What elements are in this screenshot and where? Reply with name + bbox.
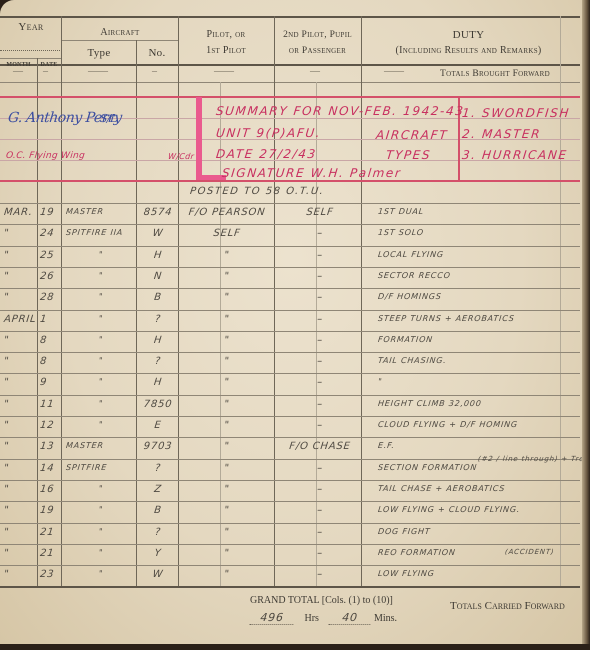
cell-month: APRIL — [3, 314, 36, 325]
cell-duty: 1ST SOLO — [378, 228, 425, 237]
row-rule — [0, 310, 580, 311]
cell-type: " — [66, 569, 137, 578]
cell-pilot: " — [181, 548, 272, 559]
cell-pilot: " — [181, 399, 272, 410]
cell-type: " — [66, 505, 137, 514]
cell-second: – — [279, 250, 360, 261]
cell-second: – — [279, 420, 360, 431]
cell-month: " — [3, 484, 10, 495]
row-rule — [0, 203, 580, 204]
cell-pilot: " — [181, 377, 272, 388]
cell-date: 9 — [39, 377, 47, 388]
cell-pilot: " — [181, 441, 272, 452]
cell-month: " — [3, 420, 10, 431]
cell-type: " — [66, 356, 137, 365]
year-dotted-rule — [0, 50, 62, 52]
cell-month: " — [3, 505, 10, 516]
row-rule — [0, 395, 580, 396]
cell-date: 21 — [39, 548, 54, 559]
cell-pilot: " — [181, 314, 272, 325]
cell-duty: E.F. — [378, 441, 396, 450]
cell-month: " — [3, 399, 10, 410]
second-pilot-header-1: 2nd Pilot, Pupil — [274, 28, 361, 42]
oc-rank-2: W/Cdr — [168, 152, 195, 161]
cell-no: E — [139, 420, 176, 431]
cell-type: " — [66, 399, 137, 408]
cell-date: 1 — [39, 314, 47, 325]
cell-month: " — [3, 250, 10, 261]
cell-pilot: F/O PEARSON — [181, 207, 272, 218]
cell-duty: LOW FLYING — [378, 569, 436, 578]
cell-month: " — [3, 527, 10, 538]
cell-second: – — [279, 314, 360, 325]
cell-date: 14 — [39, 463, 54, 474]
cell-duty: D/F HOMINGS — [378, 292, 443, 301]
cell-second: – — [279, 228, 360, 239]
table-bottom-rule — [0, 586, 580, 588]
cell-no: B — [139, 505, 176, 516]
cell-second: SELF — [279, 207, 360, 218]
row-rule — [0, 523, 580, 524]
grand-total-hours: 496 — [249, 611, 294, 625]
cell-type: " — [66, 377, 137, 386]
cell-duty: DOG FIGHT — [378, 527, 431, 536]
cell-date: 13 — [39, 441, 54, 452]
aircraft-header: Aircraft — [62, 26, 178, 40]
totals-carried-forward: Totals Carried Forward — [450, 600, 565, 612]
col-sep-month-date — [37, 58, 38, 586]
cell-second: F/O CHASE — [279, 441, 360, 452]
cell-duty: TAIL CHASING. — [378, 356, 448, 365]
summary-type-1: 1. SWORDFISH — [461, 106, 571, 120]
cell-duty: HEIGHT CLIMB 32,000 — [378, 399, 483, 408]
cell-duty: LOW FLYING + CLOUD FLYING. — [378, 505, 521, 514]
row-rule — [0, 565, 580, 566]
totals-brought-forward: Totals Brought Forward — [420, 67, 570, 81]
cell-second: – — [279, 377, 360, 388]
summary-line-1: SUMMARY FOR NOV-FEB. 1942-43 — [215, 104, 465, 118]
cell-no: H — [139, 250, 176, 261]
cell-date: 25 — [39, 250, 54, 261]
cell-no: H — [139, 335, 176, 346]
pilot-header-1: Pilot, or — [178, 28, 274, 42]
cell-type: " — [66, 292, 137, 301]
row-rule — [0, 544, 580, 545]
summary-aircraft-label: AIRCRAFT — [375, 128, 449, 142]
cell-second: – — [279, 463, 360, 474]
cell-no: Z — [139, 484, 176, 495]
cell-type: SPITFIRE IIA — [66, 228, 124, 237]
cell-no: 8574 — [139, 207, 176, 218]
cell-pilot: " — [181, 335, 272, 346]
cell-no: ? — [139, 314, 176, 325]
cell-second: – — [279, 399, 360, 410]
cell-date: 19 — [39, 207, 54, 218]
cell-pilot: SELF — [181, 228, 272, 239]
cell-pilot: " — [181, 484, 272, 495]
cell-month: " — [3, 228, 10, 239]
dash: — — [13, 66, 23, 77]
cell-type: MASTER — [66, 207, 105, 216]
cell-type: " — [66, 314, 137, 323]
cell-duty: CLOUD FLYING + D/F HOMING — [378, 420, 519, 429]
page-bottom-edge — [0, 644, 590, 650]
row-rule — [0, 288, 580, 289]
cell-date: 21 — [39, 527, 54, 538]
cell-second: – — [279, 335, 360, 346]
cell-date: 24 — [39, 228, 54, 239]
cell-type: " — [66, 527, 137, 536]
no-header: No. — [136, 46, 178, 60]
row-rule — [0, 246, 580, 247]
second-pilot-header-2: or Passenger — [274, 44, 361, 58]
summary-line-2: UNIT 9(P)AFU. — [215, 126, 322, 140]
row-rule — [0, 373, 580, 374]
cell-no: ? — [139, 527, 176, 538]
cell-duty: SECTION FORMATION — [378, 463, 478, 472]
cell-no: B — [139, 292, 176, 303]
year-header: Year — [0, 20, 62, 34]
mins-label: Mins. — [374, 613, 397, 624]
cell-no: 7850 — [139, 399, 176, 410]
cell-duty: STEEP TURNS + AEROBATICS — [378, 314, 516, 323]
logbook-page: Year MONTH DATE Aircraft Type No. Pilot,… — [0, 0, 584, 646]
cell-pilot: " — [181, 569, 272, 580]
cell-date: 12 — [39, 420, 54, 431]
cell-month: " — [3, 569, 10, 580]
cell-second: – — [279, 569, 360, 580]
cell-no: N — [139, 271, 176, 282]
type-header: Type — [62, 46, 136, 60]
dash: —— — [384, 66, 404, 77]
row-rule — [0, 224, 580, 225]
top-rule — [0, 16, 580, 18]
dash: —— — [88, 66, 108, 77]
grand-total-mins: 40 — [329, 611, 372, 625]
cell-date: 8 — [39, 356, 47, 367]
cell-duty: SECTOR RECCO — [378, 271, 452, 280]
duty-subheader: (Including Results and Remarks) — [361, 44, 576, 58]
row-rule — [0, 501, 580, 502]
cell-month: " — [3, 463, 10, 474]
page-edge — [582, 0, 590, 650]
cell-pilot: " — [181, 250, 272, 261]
cell-date: 11 — [39, 399, 54, 410]
cell-month: MAR. — [3, 207, 33, 218]
hrs-label: Hrs — [305, 613, 319, 624]
cell-second: – — [279, 484, 360, 495]
cell-duty: TAIL CHASE + AEROBATICS — [378, 484, 506, 493]
cell-month: " — [3, 441, 10, 452]
grand-total-label: GRAND TOTAL [Cols. (1) to (10)] — [250, 595, 393, 606]
cell-no: 9703 — [139, 441, 176, 452]
cell-date: 26 — [39, 271, 54, 282]
cell-date: 19 — [39, 505, 54, 516]
aircraft-sub-rule — [62, 40, 178, 41]
dash: — — [310, 66, 320, 77]
date-header: DATE — [37, 58, 61, 72]
cell-date: 28 — [39, 292, 54, 303]
cell-type: " — [66, 484, 137, 493]
cell-month: " — [3, 335, 10, 346]
cell-month: " — [3, 548, 10, 559]
cell-type: " — [66, 420, 137, 429]
header-bottom-rule — [0, 64, 580, 66]
cell-pilot: " — [181, 271, 272, 282]
cell-pilot: " — [181, 356, 272, 367]
oc-rank: S/L — [99, 112, 117, 125]
row-rule — [0, 437, 580, 438]
cell-duty: LOCAL FLYING — [378, 250, 445, 259]
cell-pilot: " — [181, 463, 272, 474]
cell-date: 8 — [39, 335, 47, 346]
row-rule — [0, 352, 580, 353]
cell-month: " — [3, 356, 10, 367]
row-rule — [0, 480, 580, 481]
cell-no: Y — [139, 548, 176, 559]
cell-duty: " — [378, 377, 383, 386]
posted-note: POSTED TO 58 O.T.U. — [189, 186, 325, 197]
summary-type-2: 2. MASTER — [461, 127, 542, 141]
cell-second: – — [279, 356, 360, 367]
dash: – — [152, 66, 157, 77]
cell-type: MASTER — [66, 441, 105, 450]
cell-no: H — [139, 377, 176, 388]
cell-month: " — [3, 377, 10, 388]
cell-duty: REO FORMATION — [378, 548, 457, 557]
cell-second: – — [279, 271, 360, 282]
grand-total-value: 496 Hrs 40 Mins. — [250, 611, 397, 625]
cell-pilot: " — [181, 292, 272, 303]
cell-type: " — [66, 271, 137, 280]
summary-line-3: DATE 27/2/43 — [215, 147, 317, 161]
summary-types-label: TYPES — [385, 148, 432, 162]
row-rule — [0, 331, 580, 332]
row-rule — [0, 267, 580, 268]
cell-no: ? — [139, 356, 176, 367]
cell-no: W — [139, 228, 176, 239]
cell-duty: FORMATION — [378, 335, 434, 344]
cell-note: (#2 / line through) + Tree — [478, 455, 590, 463]
oc-title: O.C. Flying Wing — [5, 151, 85, 161]
cell-type: SPITFIRE — [66, 463, 108, 472]
cell-note: (ACCIDENT) — [505, 548, 555, 556]
summary-line-4: SIGNATURE W.H. Palmer — [221, 166, 402, 180]
summary-top-red-rule — [0, 96, 580, 98]
cell-second: – — [279, 548, 360, 559]
cell-type: " — [66, 250, 137, 259]
duty-header: DUTY — [361, 28, 576, 42]
cell-second: – — [279, 527, 360, 538]
cell-date: 23 — [39, 569, 54, 580]
summary-bracket-vertical — [196, 97, 202, 180]
cell-no: ? — [139, 463, 176, 474]
cell-second: – — [279, 505, 360, 516]
cell-pilot: " — [181, 505, 272, 516]
pilot-header-2: 1st Pilot — [178, 44, 274, 58]
summary-type-3: 3. HURRICANE — [461, 148, 568, 162]
row-rule — [0, 416, 580, 417]
cell-type: " — [66, 335, 137, 344]
cell-second: – — [279, 292, 360, 303]
cell-type: " — [66, 548, 137, 557]
totals-rule — [0, 82, 580, 83]
cell-duty: 1ST DUAL — [378, 207, 425, 216]
dash: —— — [214, 66, 234, 77]
summary-bottom-red-rule — [0, 180, 580, 182]
cell-pilot: " — [181, 420, 272, 431]
cell-pilot: " — [181, 527, 272, 538]
cell-month: " — [3, 292, 10, 303]
dash: – — [43, 66, 48, 77]
cell-month: " — [3, 271, 10, 282]
cell-date: 16 — [39, 484, 54, 495]
cell-no: W — [139, 569, 176, 580]
